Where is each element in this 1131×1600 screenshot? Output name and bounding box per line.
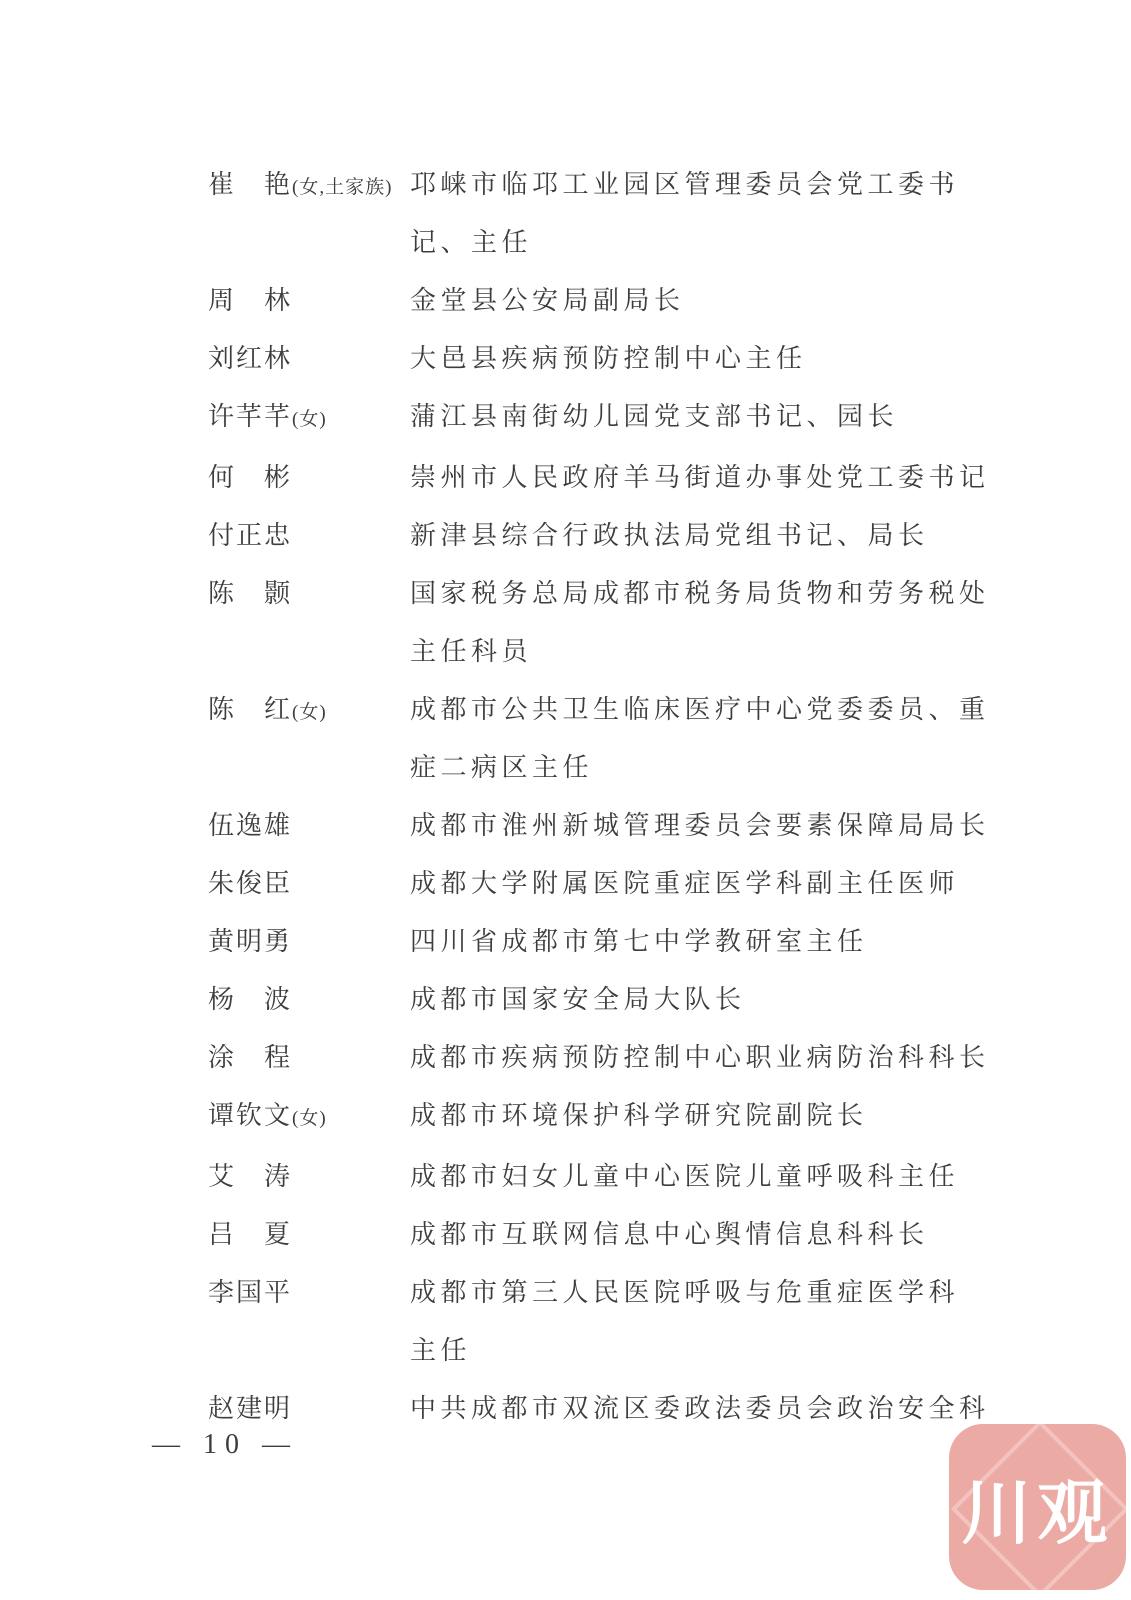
person-title: 金堂县公安局副局长 (410, 272, 685, 330)
list-item: 伍逸雄成都市淮州新城管理委员会要素保障局局长 (208, 797, 998, 855)
person-name: 艾 涛 (208, 1148, 410, 1206)
person-name: 周 林 (208, 272, 410, 330)
person-title-line: 蒲江县南街幼儿园党支部书记、园长 (410, 388, 898, 446)
person-title: 中共成都市双流区委政法委员会政治安全科 (410, 1380, 990, 1438)
person-name: 陈 红(女) (208, 681, 410, 742)
person-title-line: 成都市国家安全局大队长 (410, 971, 746, 1029)
person-title: 成都市第三人民医院呼吸与危重症医学科主任 (410, 1264, 959, 1380)
person-name-text: 陈 红 (208, 695, 292, 724)
person-name: 付正忠 (208, 507, 410, 565)
person-title: 成都市妇女儿童中心医院儿童呼吸科主任 (410, 1148, 959, 1206)
list-item: 付正忠新津县综合行政执法局党组书记、局长 (208, 507, 998, 565)
page-number: — 10 — (152, 1416, 298, 1474)
person-title: 成都市疾病预防控制中心职业病防治科科长 (410, 1029, 990, 1087)
list-item: 李国平成都市第三人民医院呼吸与危重症医学科主任 (208, 1264, 998, 1380)
person-title-line: 大邑县疾病预防控制中心主任 (410, 330, 807, 388)
person-name: 崔 艳(女,土家族) (208, 156, 410, 217)
person-title: 成都市公共卫生临床医疗中心党委委员、重症二病区主任 (410, 681, 990, 797)
list-item: 陈 红(女)成都市公共卫生临床医疗中心党委委员、重症二病区主任 (208, 681, 998, 797)
person-name-text: 黄明勇 (208, 927, 292, 956)
list-item: 刘红林大邑县疾病预防控制中心主任 (208, 330, 998, 388)
person-title-line: 主任 (410, 1322, 959, 1380)
person-name: 刘红林 (208, 330, 410, 388)
person-name-text: 杨 波 (208, 985, 292, 1014)
chuanguan-logo: 川观 (949, 1424, 1126, 1590)
person-name-text: 陈 颢 (208, 579, 292, 608)
list-item: 许芊芊(女)蒲江县南街幼儿园党支部书记、园长 (208, 388, 998, 449)
list-item: 艾 涛成都市妇女儿童中心医院儿童呼吸科主任 (208, 1148, 998, 1206)
person-title-line: 国家税务总局成都市税务局货物和劳务税处 (410, 565, 990, 623)
person-name: 谭钦文(女) (208, 1087, 410, 1148)
person-name: 黄明勇 (208, 913, 410, 971)
person-name-suffix: (女) (292, 702, 327, 723)
honor-list: 崔 艳(女,土家族)邛崃市临邛工业园区管理委员会党工委书记、主任周 林金堂县公安… (208, 156, 998, 1438)
person-title: 邛崃市临邛工业园区管理委员会党工委书记、主任 (410, 156, 959, 272)
person-title: 成都市环境保护科学研究院副院长 (410, 1087, 868, 1145)
list-item: 朱俊臣成都大学附属医院重症医学科副主任医师 (208, 855, 998, 913)
person-name-text: 伍逸雄 (208, 811, 292, 840)
list-item: 崔 艳(女,土家族)邛崃市临邛工业园区管理委员会党工委书记、主任 (208, 156, 998, 272)
list-item: 赵建明中共成都市双流区委政法委员会政治安全科 (208, 1380, 998, 1438)
person-name: 何 彬 (208, 449, 410, 507)
person-title-line: 成都市疾病预防控制中心职业病防治科科长 (410, 1029, 990, 1087)
person-title-line: 成都市第三人民医院呼吸与危重症医学科 (410, 1264, 959, 1322)
list-item: 吕 夏成都市互联网信息中心舆情信息科科长 (208, 1206, 998, 1264)
person-name: 杨 波 (208, 971, 410, 1029)
person-name-text: 朱俊臣 (208, 869, 292, 898)
person-name-text: 艾 涛 (208, 1162, 292, 1191)
person-title-line: 成都大学附属医院重症医学科副主任医师 (410, 855, 959, 913)
person-title: 成都市国家安全局大队长 (410, 971, 746, 1029)
person-title-line: 症二病区主任 (410, 739, 990, 797)
person-name: 涂 程 (208, 1029, 410, 1087)
list-item: 何 彬崇州市人民政府羊马街道办事处党工委书记 (208, 449, 998, 507)
person-title: 崇州市人民政府羊马街道办事处党工委书记 (410, 449, 990, 507)
person-title-line: 成都市淮州新城管理委员会要素保障局局长 (410, 797, 990, 855)
person-name-suffix: (女,土家族) (292, 177, 392, 198)
person-title-line: 成都市互联网信息中心舆情信息科科长 (410, 1206, 929, 1264)
person-title: 新津县综合行政执法局党组书记、局长 (410, 507, 929, 565)
list-item: 谭钦文(女)成都市环境保护科学研究院副院长 (208, 1087, 998, 1148)
person-title: 四川省成都市第七中学教研室主任 (410, 913, 868, 971)
person-title-line: 成都市环境保护科学研究院副院长 (410, 1087, 868, 1145)
person-name-text: 刘红林 (208, 344, 292, 373)
list-item: 黄明勇四川省成都市第七中学教研室主任 (208, 913, 998, 971)
person-title: 国家税务总局成都市税务局货物和劳务税处主任科员 (410, 565, 990, 681)
person-name-text: 崔 艳 (208, 170, 292, 199)
person-name: 朱俊臣 (208, 855, 410, 913)
person-name: 陈 颢 (208, 565, 410, 623)
person-name-text: 何 彬 (208, 463, 292, 492)
list-item: 杨 波成都市国家安全局大队长 (208, 971, 998, 1029)
list-item: 陈 颢国家税务总局成都市税务局货物和劳务税处主任科员 (208, 565, 998, 681)
person-name: 伍逸雄 (208, 797, 410, 855)
person-name-text: 涂 程 (208, 1043, 292, 1072)
person-name: 吕 夏 (208, 1206, 410, 1264)
person-name-text: 谭钦文 (208, 1101, 292, 1130)
person-name-suffix: (女) (292, 1108, 327, 1129)
person-title-line: 记、主任 (410, 214, 959, 272)
person-title-line: 崇州市人民政府羊马街道办事处党工委书记 (410, 449, 990, 507)
person-name-text: 李国平 (208, 1278, 292, 1307)
logo-text: 川观 (949, 1424, 1126, 1590)
person-name-text: 吕 夏 (208, 1220, 292, 1249)
person-title: 大邑县疾病预防控制中心主任 (410, 330, 807, 388)
list-item: 涂 程成都市疾病预防控制中心职业病防治科科长 (208, 1029, 998, 1087)
person-name-text: 许芊芊 (208, 402, 292, 431)
person-title-line: 主任科员 (410, 623, 990, 681)
person-title-line: 金堂县公安局副局长 (410, 272, 685, 330)
person-title-line: 四川省成都市第七中学教研室主任 (410, 913, 868, 971)
person-title: 成都市互联网信息中心舆情信息科科长 (410, 1206, 929, 1264)
person-title-line: 中共成都市双流区委政法委员会政治安全科 (410, 1380, 990, 1438)
person-name-suffix: (女) (292, 409, 327, 430)
document-page: 崔 艳(女,土家族)邛崃市临邛工业园区管理委员会党工委书记、主任周 林金堂县公安… (0, 0, 1131, 1600)
person-title: 成都大学附属医院重症医学科副主任医师 (410, 855, 959, 913)
person-name: 许芊芊(女) (208, 388, 410, 449)
person-name: 李国平 (208, 1264, 410, 1322)
list-item: 周 林金堂县公安局副局长 (208, 272, 998, 330)
person-title-line: 成都市公共卫生临床医疗中心党委委员、重 (410, 681, 990, 739)
person-title-line: 邛崃市临邛工业园区管理委员会党工委书 (410, 156, 959, 214)
person-name-text: 付正忠 (208, 521, 292, 550)
person-title-line: 新津县综合行政执法局党组书记、局长 (410, 507, 929, 565)
person-title: 蒲江县南街幼儿园党支部书记、园长 (410, 388, 898, 446)
person-name-text: 周 林 (208, 286, 292, 315)
person-title: 成都市淮州新城管理委员会要素保障局局长 (410, 797, 990, 855)
person-title-line: 成都市妇女儿童中心医院儿童呼吸科主任 (410, 1148, 959, 1206)
